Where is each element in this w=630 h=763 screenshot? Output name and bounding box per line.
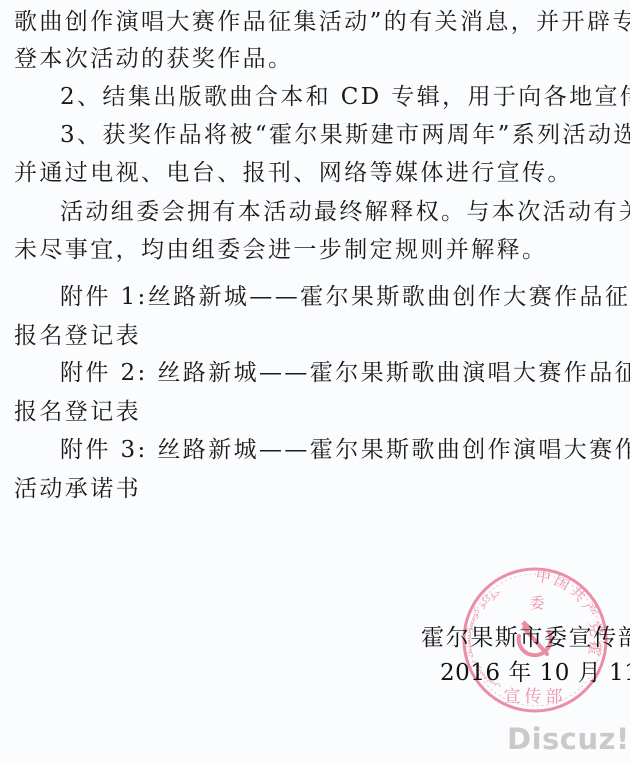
watermark-logo: Discuz! <box>507 722 630 756</box>
attachment-line: 活动承诺书 <box>14 474 141 504</box>
attachment-line: 附件 1:丝路新城——霍尔果斯歌曲创作大赛作品征集活动 <box>60 282 630 312</box>
document-page: 歌曲创作演唱大赛作品征集活动”的有关消息，并开辟专栏，刊 登本次活动的获奖作品。… <box>0 0 630 763</box>
attachment-line: 附件 3: 丝路新城——霍尔果斯歌曲创作演唱大赛作品征集 <box>60 435 630 465</box>
body-line: 3、获奖作品将被“霍尔果斯建市两周年”系列活动选用， <box>60 120 630 150</box>
svg-text:宣传部: 宣传部 <box>504 687 567 707</box>
body-line: 登本次活动的获奖作品。 <box>14 44 293 74</box>
body-line: 并通过电视、电台、报刊、网络等媒体进行宣传。 <box>14 158 573 188</box>
signature-date: 2016 年 10 月 11 日 <box>440 659 630 687</box>
signature-organization: 霍尔果斯市委宣传部 <box>421 624 630 652</box>
attachment-line: 附件 2: 丝路新城——霍尔果斯歌曲演唱大赛作品征集活动 <box>60 358 630 388</box>
svg-text:委: 委 <box>529 594 544 612</box>
body-line: 2、结集出版歌曲合本和 CD 专辑，用于向各地宣传推广。 <box>60 82 630 112</box>
body-line: 未尽事宜，均由组委会进一步制定规则并解释。 <box>14 235 547 265</box>
body-line: 活动组委会拥有本活动最终解释权。与本次活动有关的任何 <box>60 197 630 227</box>
body-line: 歌曲创作演唱大赛作品征集活动”的有关消息，并开辟专栏，刊 <box>14 7 630 37</box>
attachment-line: 报名登记表 <box>14 321 141 351</box>
attachment-line: 报名登记表 <box>14 397 141 427</box>
